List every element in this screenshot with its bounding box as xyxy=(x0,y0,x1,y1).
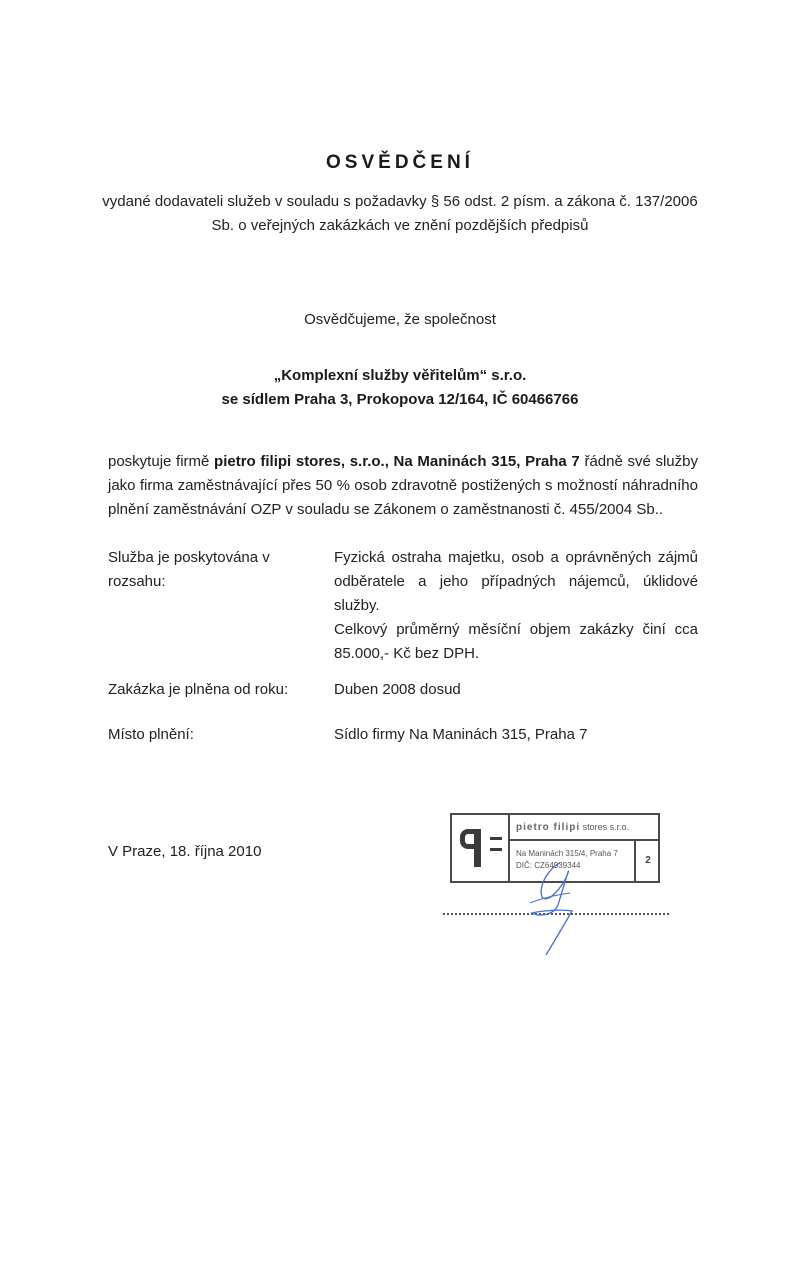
place-date: V Praze, 18. října 2010 xyxy=(108,843,261,860)
client-name: pietro filipi stores, s.r.o., Na Maninác… xyxy=(214,453,580,470)
detail-value: Sídlo firmy Na Maninách 315, Praha 7 xyxy=(334,723,698,747)
main-paragraph: poskytuje firmě pietro filipi stores, s.… xyxy=(108,450,698,522)
detail-label: Zakázka je plněna od roku: xyxy=(108,678,318,702)
q-equals-logo-icon xyxy=(460,829,486,867)
stamp-name: pietro filipi stores s.r.o. xyxy=(508,815,658,841)
stamp-number: 2 xyxy=(638,841,658,881)
company-address: se sídlem Praha 3, Prokopova 12/164, IČ … xyxy=(0,388,800,412)
scope-volume: Celkový průměrný měsíční objem zakázky č… xyxy=(334,618,698,666)
logo-bar-icon xyxy=(490,848,502,851)
stamp-brand-suffix: stores s.r.o. xyxy=(583,822,630,832)
detail-label: Místo plnění: xyxy=(108,723,318,747)
detail-label: Služba je poskytována v rozsahu: xyxy=(108,546,318,594)
company-block: „Komplexní služby věřitelům“ s.r.o. se s… xyxy=(0,364,800,412)
detail-value: Duben 2008 dosud xyxy=(334,678,698,702)
document-subtitle: vydané dodavateli služeb v souladu s pož… xyxy=(100,190,700,238)
logo-bar-icon xyxy=(490,837,502,840)
company-name: „Komplexní služby věřitelům“ s.r.o. xyxy=(0,364,800,388)
paragraph-prefix: poskytuje firmě xyxy=(108,453,214,470)
intro-text: Osvědčujeme, že společnost xyxy=(0,311,800,328)
stamp-logo-cell xyxy=(452,815,510,881)
document-title: OSVĚDČENÍ xyxy=(0,152,800,174)
stamp-brand: pietro filipi xyxy=(516,822,580,833)
subtitle-line-2: Sb. o veřejných zakázkách ve znění pozdě… xyxy=(100,214,700,238)
detail-value: Fyzická ostraha majetku, osob a oprávněn… xyxy=(334,546,698,666)
subtitle-line-1: vydané dodavateli služeb v souladu s pož… xyxy=(100,190,700,214)
scope-description: Fyzická ostraha majetku, osob a oprávněn… xyxy=(334,546,698,618)
signature-icon xyxy=(520,855,600,960)
certificate-page: OSVĚDČENÍ vydané dodavateli služeb v sou… xyxy=(0,0,800,1280)
